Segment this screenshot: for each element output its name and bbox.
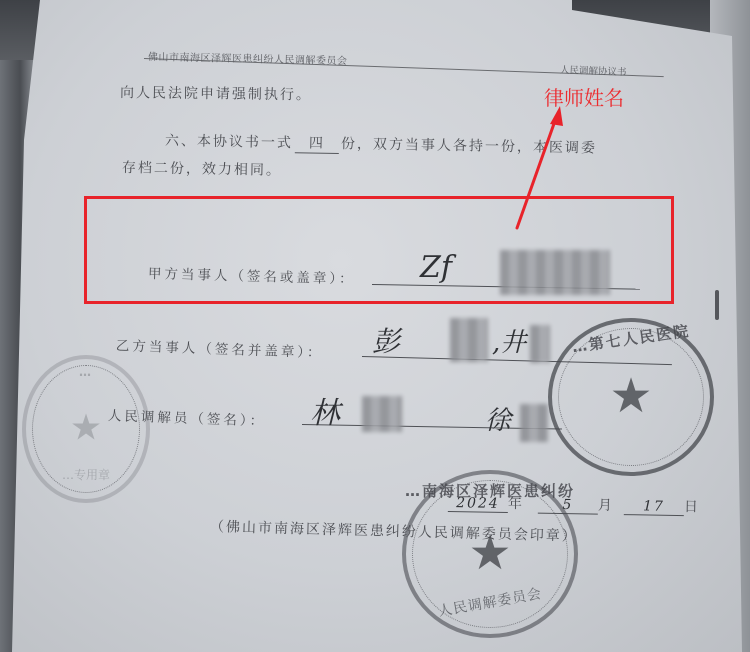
star-icon: ★ <box>468 525 511 581</box>
clause-6-line2: 存档二份，效力相同。 <box>122 157 282 180</box>
party-b-signature-1: 彭 <box>372 320 400 360</box>
pixelated-name-party-b-2 <box>530 325 550 363</box>
hospital-stamp: …第七人民医院 ★ <box>548 318 714 476</box>
pixelated-name-party-b-1 <box>450 318 488 362</box>
header-document-type: 人民调解协议书 <box>560 62 627 78</box>
date-day: 17 <box>624 498 684 516</box>
pixelated-name-mediator-2 <box>520 404 548 442</box>
month-unit: 月 <box>598 498 614 514</box>
stamp-bottom-text: …专用章 <box>62 466 110 483</box>
margin-mark <box>715 290 719 320</box>
stamp-top-text: …南海区泽辉医患纠纷 <box>405 480 575 501</box>
party-b-signature-2: ,井 <box>492 322 526 359</box>
copies-count: 四 <box>295 132 339 154</box>
day-unit: 日 <box>684 499 700 515</box>
clause-6-suffix: 份，双方当事人各持一份，本医调委 <box>341 136 597 156</box>
pixelated-name-mediator-1 <box>362 396 402 432</box>
mediator-signature-1: 林 <box>310 388 340 432</box>
annotation-highlight-box <box>84 196 674 304</box>
star-icon: ★ <box>609 368 652 424</box>
annotation-label: 律师姓名 <box>544 82 624 111</box>
committee-stamp: …南海区泽辉医患纠纷 ★ 人民调解委员会 <box>402 470 578 638</box>
clause-6-prefix: 六、本协议书一式 <box>165 133 293 151</box>
mediator-signature-2: 徐 <box>485 400 511 437</box>
stamp-top-text: … <box>79 365 93 379</box>
star-icon: ★ <box>70 408 102 449</box>
clause-continuation: 向人民法院申请强制执行。 <box>120 82 312 104</box>
faint-stamp: … ★ …专用章 <box>22 355 150 503</box>
